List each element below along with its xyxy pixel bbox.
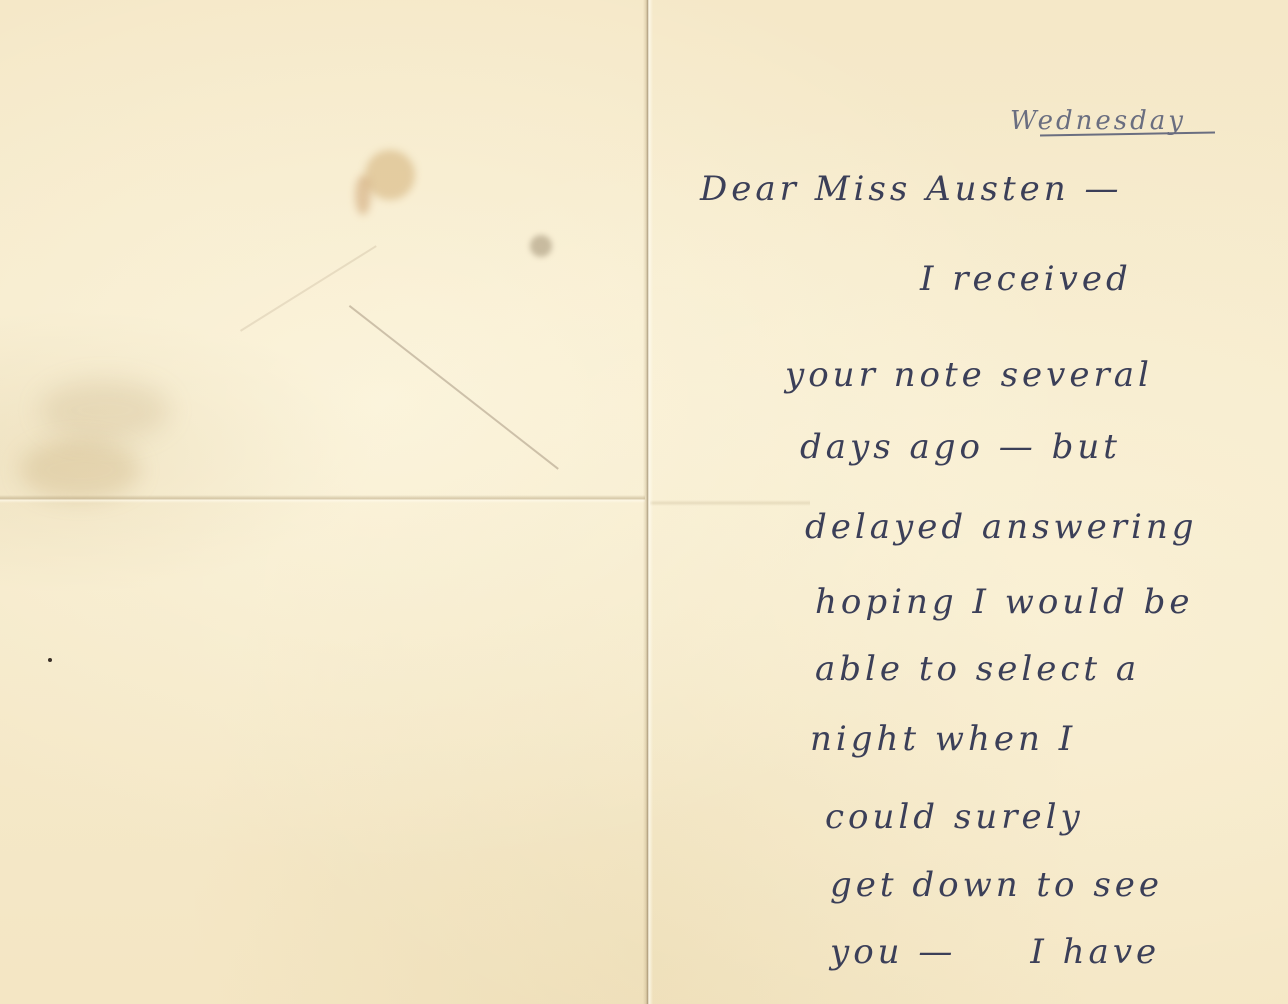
letter-line: able to select a <box>815 652 1140 686</box>
letter-sheet: Wednesday Dear Miss Austen — I received … <box>0 0 1288 1004</box>
letter-line: days ago — but <box>800 430 1121 464</box>
envelope-crease <box>240 245 377 331</box>
paper-stain <box>40 380 170 440</box>
letter-line: delayed answering <box>805 510 1198 544</box>
letter-line: you — I have <box>830 935 1160 969</box>
letter-line: get down to see <box>830 868 1163 902</box>
letter-line: your note several <box>785 358 1153 392</box>
paper-stain <box>20 440 140 500</box>
letter-salutation: Dear Miss Austen — <box>700 172 1123 206</box>
horizontal-fold <box>0 495 645 503</box>
letter-line: could surely <box>825 800 1084 834</box>
letter-line: I received <box>920 262 1132 296</box>
letter-line: hoping I would be <box>815 585 1194 619</box>
horizontal-fold <box>650 500 810 506</box>
center-fold <box>643 0 653 1004</box>
ink-speck <box>48 658 52 662</box>
letter-date: Wednesday <box>1010 108 1186 134</box>
envelope-crease <box>349 305 559 470</box>
paper-stain <box>530 235 552 257</box>
paper-stain <box>355 175 371 215</box>
letter-line: night when I <box>810 722 1076 756</box>
paper-stain <box>365 150 415 200</box>
